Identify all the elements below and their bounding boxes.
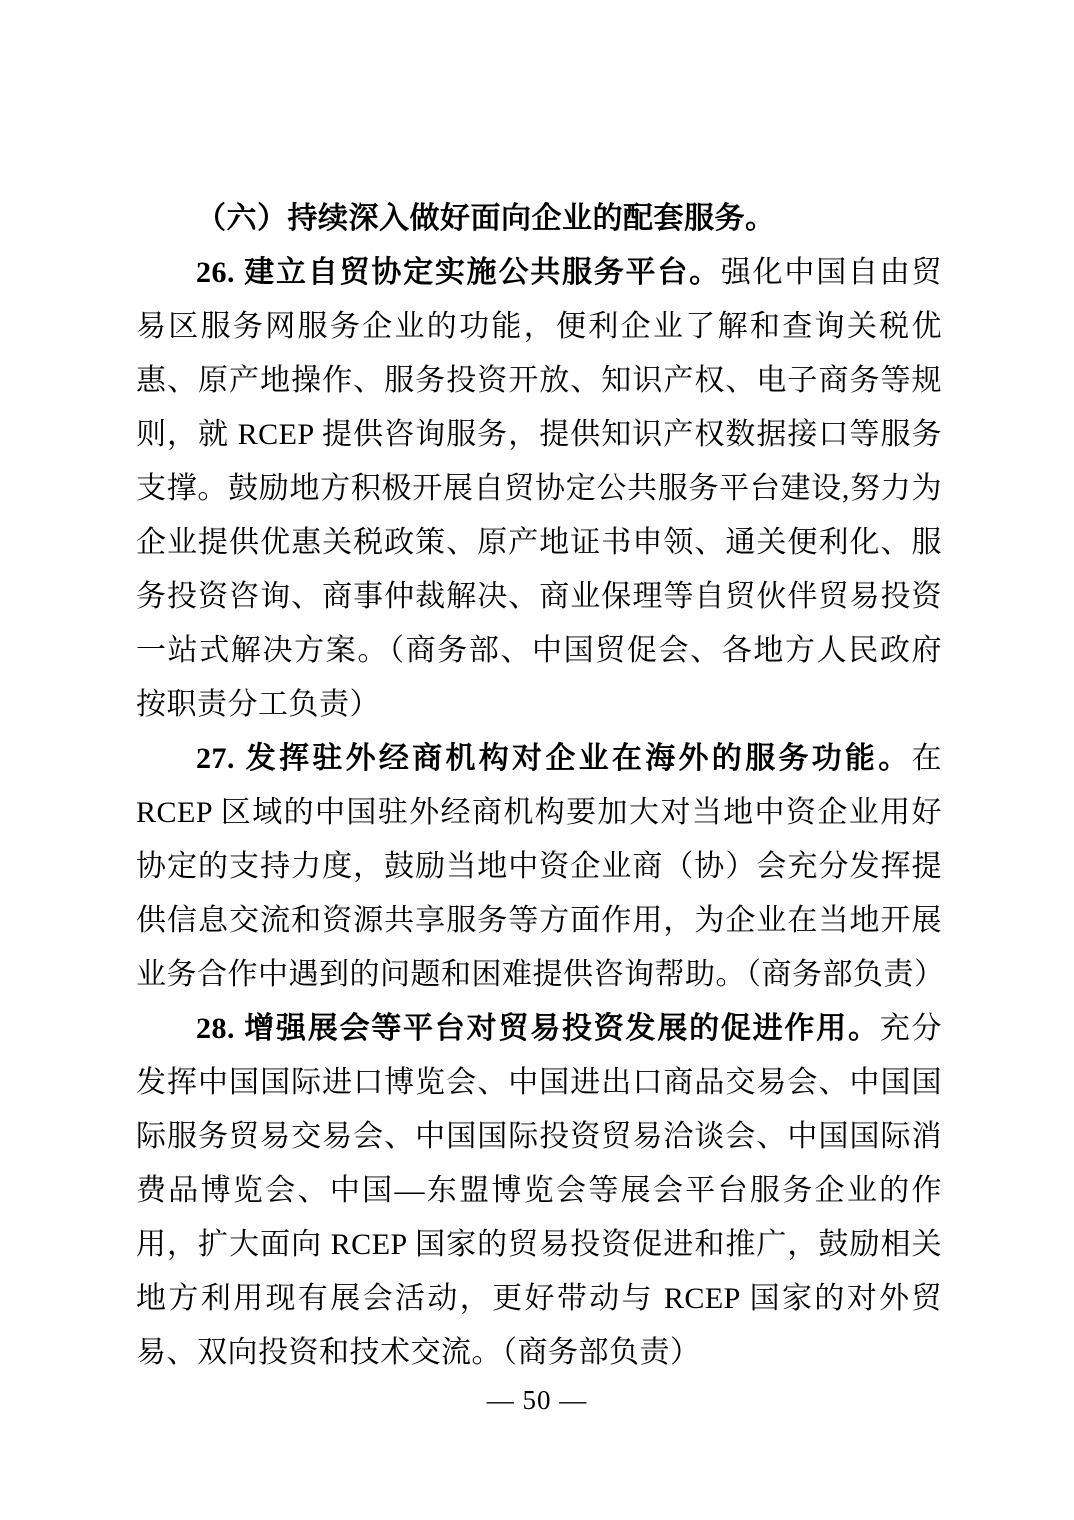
paragraph-26: 26. 建立自贸协定实施公共服务平台。强化中国自由贸易区服务网服务企业的功能，便… <box>136 246 942 732</box>
paragraph-28-body: 充分发挥中国国际进口博览会、中国进出口商品交易会、中国国际服务贸易交易会、中国国… <box>136 1012 942 1369</box>
paragraph-28-lead: 28. 增强展会等平台对贸易投资发展的促进作用。 <box>196 1012 880 1045</box>
page-number: — 50 — <box>0 1382 1074 1418</box>
document-content: （六）持续深入做好面向企业的配套服务。 26. 建立自贸协定实施公共服务平台。强… <box>136 192 942 1380</box>
paragraph-26-lead: 26. 建立自贸协定实施公共服务平台。 <box>196 256 721 289</box>
paragraph-26-body: 强化中国自由贸易区服务网服务企业的功能，便利企业了解和查询关税优惠、原产地操作、… <box>136 256 942 721</box>
paragraph-27: 27. 发挥驻外经商机构对企业在海外的服务功能。在 RCEP 区域的中国驻外经商… <box>136 732 942 1002</box>
document-page: （六）持续深入做好面向企业的配套服务。 26. 建立自贸协定实施公共服务平台。强… <box>0 0 1074 1520</box>
section-heading: （六）持续深入做好面向企业的配套服务。 <box>136 192 942 246</box>
paragraph-27-body: 在 RCEP 区域的中国驻外经商机构要加大对当地中资企业用好协定的支持力度，鼓励… <box>136 742 945 991</box>
paragraph-28: 28. 增强展会等平台对贸易投资发展的促进作用。充分发挥中国国际进口博览会、中国… <box>136 1002 942 1380</box>
paragraph-27-lead: 27. 发挥驻外经商机构对企业在海外的服务功能。 <box>196 742 912 775</box>
